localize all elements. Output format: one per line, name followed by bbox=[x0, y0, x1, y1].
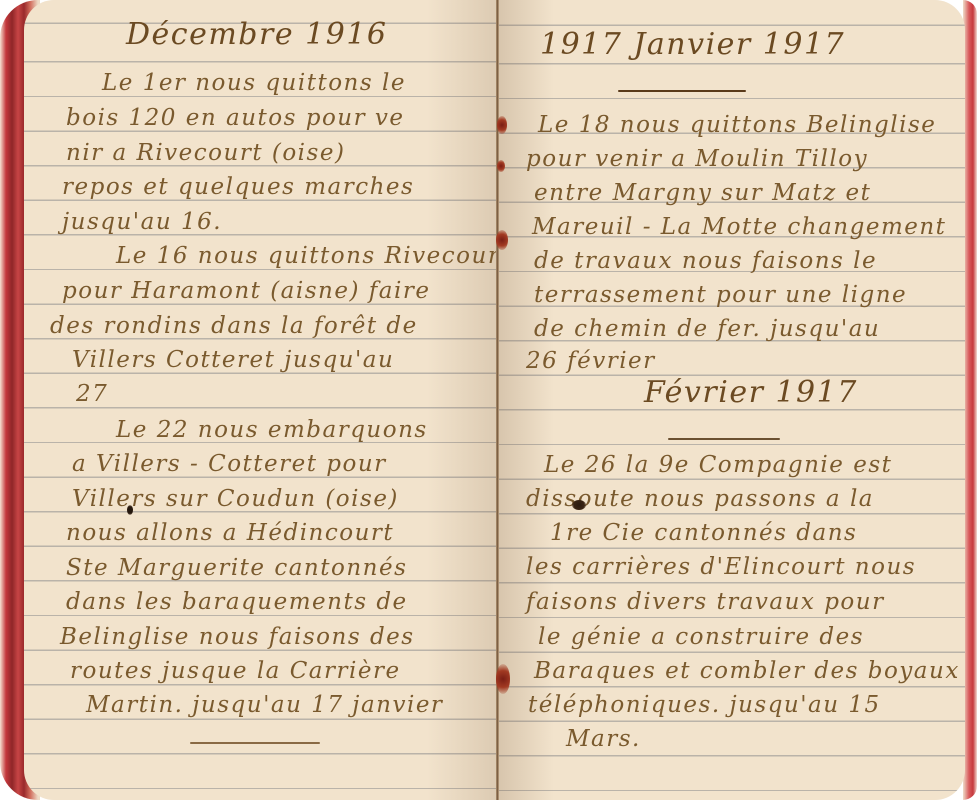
text-line: Mareuil - La Motte changement bbox=[532, 212, 946, 242]
text-line: Le 1er nous quittons le bbox=[102, 68, 406, 98]
text-line: le génie a construire des bbox=[538, 622, 864, 652]
text-line: de chemin de fer. jusqu'au bbox=[534, 314, 880, 344]
text-line: Villers Cotteret jusqu'au bbox=[72, 345, 394, 375]
text-line: 1re Cie cantonnés dans bbox=[550, 518, 857, 548]
ink-blot bbox=[127, 505, 133, 515]
ink-blot bbox=[572, 500, 586, 510]
subheading-underline bbox=[668, 438, 780, 440]
ink-stain bbox=[497, 160, 505, 172]
text-line: Belinglise nous faisons des bbox=[60, 622, 415, 652]
text-line: 26 février bbox=[526, 346, 656, 376]
text-line: faisons divers travaux pour bbox=[526, 587, 885, 617]
text-line: pour venir a Moulin Tilloy bbox=[526, 144, 868, 174]
notebook-spread: Décembre 1916 Le 1er nous quittons le bo… bbox=[0, 0, 977, 800]
text-line: Le 16 nous quittons Rivecourt bbox=[116, 241, 498, 271]
ink-stain bbox=[496, 230, 508, 250]
text-line: Martin. jusqu'au 17 janvier bbox=[86, 690, 443, 720]
text-line: nir a Rivecourt (oise) bbox=[66, 138, 345, 168]
text-line: dans les baraquements de bbox=[66, 587, 408, 617]
end-rule bbox=[190, 742, 320, 744]
right-page: 1917 Janvier 1917 Le 18 nous quittons Be… bbox=[498, 0, 965, 800]
text-line: terrassement pour une ligne bbox=[534, 280, 907, 310]
text-line: Le 22 nous embarquons bbox=[116, 415, 428, 445]
text-line: téléphoniques. jusqu'au 15 bbox=[528, 690, 881, 720]
text-line: repos et quelques marches bbox=[62, 172, 414, 202]
text-line: nous allons a Hédincourt bbox=[66, 518, 394, 548]
text-line: a Villers - Cotteret pour bbox=[72, 449, 387, 479]
text-line: Mars. bbox=[566, 724, 641, 754]
ink-stain bbox=[496, 664, 510, 694]
heading-underline bbox=[618, 90, 746, 92]
text-line: des rondins dans la forêt de bbox=[50, 311, 418, 341]
text-line: Le 18 nous quittons Belinglise bbox=[538, 110, 936, 140]
right-page-heading: 1917 Janvier 1917 bbox=[540, 30, 845, 60]
text-line: routes jusque la Carrière bbox=[70, 656, 401, 686]
right-page-red-edge bbox=[963, 0, 977, 800]
text-line: Villers sur Coudun (oise) bbox=[72, 484, 399, 514]
text-line: entre Margny sur Matz et bbox=[534, 178, 871, 208]
text-line: jusqu'au 16. bbox=[62, 207, 222, 237]
text-line: 27 bbox=[76, 379, 108, 409]
text-line: de travaux nous faisons le bbox=[534, 246, 877, 276]
text-line: Le 26 la 9e Compagnie est bbox=[544, 450, 892, 480]
february-subheading: Février 1917 bbox=[644, 378, 858, 408]
text-line: les carrières d'Elincourt nous bbox=[526, 552, 916, 582]
left-page-heading: Décembre 1916 bbox=[126, 20, 388, 50]
text-line: pour Haramont (aisne) faire bbox=[62, 276, 430, 306]
text-line: Baraques et combler des boyaux bbox=[534, 656, 960, 686]
ink-stain bbox=[497, 116, 507, 134]
text-line: Ste Marguerite cantonnés bbox=[66, 553, 407, 583]
left-page: Décembre 1916 Le 1er nous quittons le bo… bbox=[24, 0, 498, 800]
text-line: bois 120 en autos pour ve bbox=[66, 103, 405, 133]
